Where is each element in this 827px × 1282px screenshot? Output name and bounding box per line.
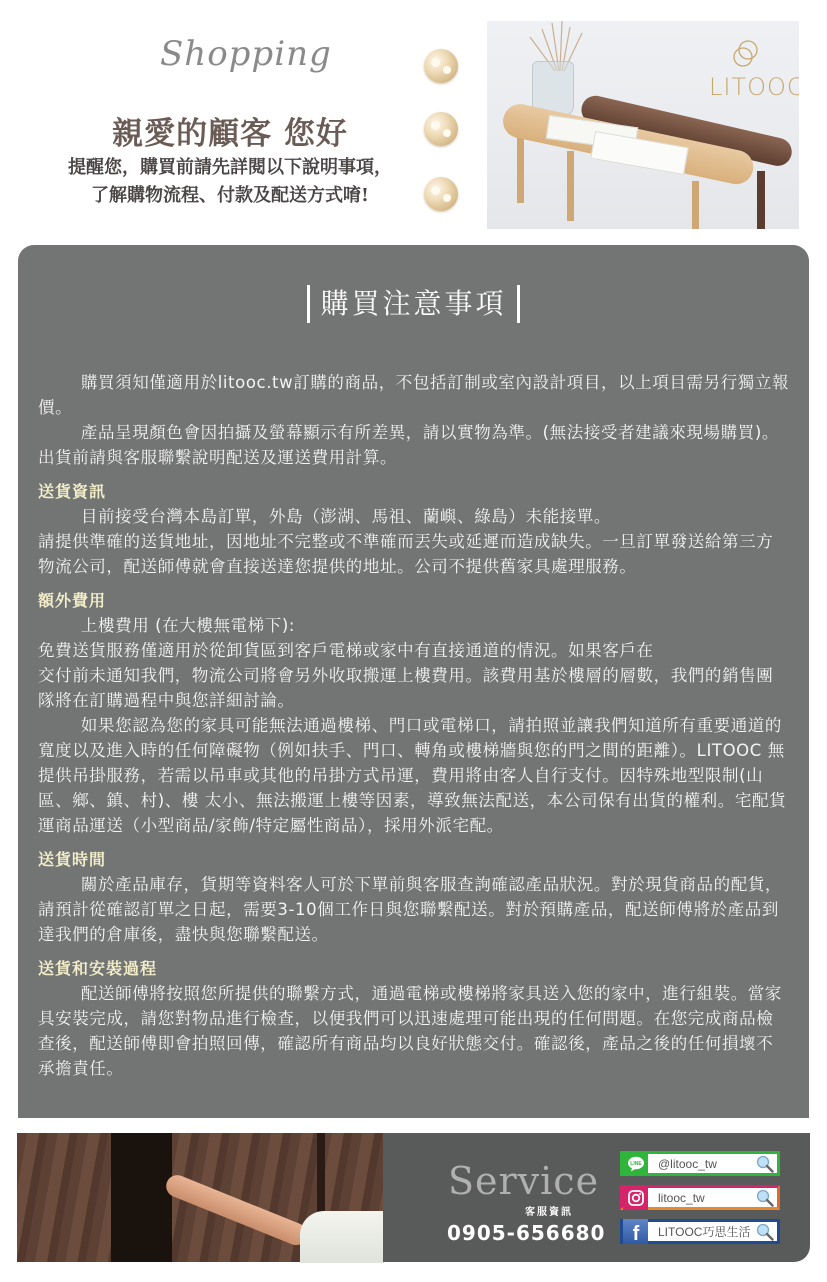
service-phone[interactable]: 0905-656680	[447, 1221, 605, 1245]
hero-bench-photo: LITOOC	[487, 21, 799, 229]
intro-paragraph: 產品呈現顏色會因拍攝及螢幕顯示有所差異，請以實物為準。(無法接受者建議來現場購買…	[38, 420, 790, 470]
line-handle: @litooc_tw	[648, 1157, 753, 1171]
notice-title-wrap: 購買注意事項	[18, 285, 809, 323]
section-heading-delivery-info: 送貨資訊	[38, 480, 790, 504]
service-footer: Service 客服資訊 0905-656680 LINE @litooc_tw	[17, 1133, 810, 1263]
service-panel: Service 客服資訊 0905-656680 LINE @litooc_tw	[383, 1133, 810, 1262]
facebook-search-link[interactable]: f LITOOC巧思生活	[620, 1219, 780, 1244]
section-paragraph: 請提供準確的送貨地址，因地址不完整或不準確而丟失或延遲而造成缺失。一旦訂單發送給…	[38, 529, 790, 579]
notice-title: 購買注意事項	[307, 285, 519, 323]
greeting-heading: 親愛的顧客 您好	[60, 108, 400, 153]
instagram-handle: litooc_tw	[648, 1191, 753, 1205]
facebook-handle: LITOOC巧思生活	[648, 1223, 753, 1240]
bench-leg	[567, 151, 574, 221]
svg-text:LINE: LINE	[630, 1161, 642, 1167]
section-heading-installation: 送貨和安裝過程	[38, 957, 790, 981]
litooc-logo-icon	[731, 39, 761, 69]
instagram-search-link[interactable]: litooc_tw	[620, 1185, 780, 1210]
sleeve	[300, 1211, 384, 1263]
line-icon: LINE	[623, 1151, 648, 1176]
section-heading-extra-fees: 額外費用	[38, 589, 790, 613]
search-icon[interactable]	[753, 1185, 777, 1210]
section-paragraph: 如果您認為您的家具可能無法通過樓梯、門口或電梯口，請拍照並讓我們知道所有重要通道…	[38, 713, 790, 838]
section-paragraph: 交付前未通知我們，物流公司將會另外收取搬運上樓費用。該費用基於樓層的層數，我們的…	[38, 663, 790, 713]
bench-leg	[517, 131, 524, 203]
service-title: Service	[448, 1159, 599, 1203]
reminder-line-2: 了解購物流程、付款及配送方式唷!	[30, 182, 430, 210]
bench-leg	[692, 181, 699, 229]
purchase-notice-panel: 購買注意事項 購買須知僅適用於litooc.tw訂購的商品，不包括訂制或室內設計…	[18, 245, 809, 1118]
section-paragraph: 配送師傅將按照您所提供的聯繫方式，通過電梯或樓梯將家具送入您的家中，進行組裝。當…	[38, 981, 790, 1081]
line-search-link[interactable]: LINE @litooc_tw	[620, 1151, 780, 1176]
bench-leg	[757, 171, 765, 229]
notice-body: 購買須知僅適用於litooc.tw訂購的商品，不包括訂制或室內設計項目，以上項目…	[38, 370, 790, 1081]
search-icon[interactable]	[753, 1151, 777, 1176]
section-paragraph: 上樓費用 (在大樓無電梯下):	[38, 613, 790, 638]
svg-text:f: f	[632, 1223, 639, 1242]
gold-bead-icon	[424, 177, 458, 211]
gold-bead-icon	[424, 49, 458, 83]
gold-bead-icon	[424, 112, 458, 146]
reminder-line-1: 提醒您，購買前請先詳閱以下說明事項，	[30, 154, 430, 182]
page-header: Shopping 親愛的顧客 您好 提醒您，購買前請先詳閱以下說明事項， 了解購…	[0, 0, 827, 240]
shopping-script-title: Shopping	[160, 34, 320, 74]
hand	[163, 1172, 310, 1249]
reminder-text: 提醒您，購買前請先詳閱以下說明事項， 了解購物流程、付款及配送方式唷!	[30, 154, 430, 210]
instagram-icon	[623, 1185, 648, 1210]
facebook-icon: f	[623, 1219, 648, 1244]
section-paragraph: 目前接受台灣本島訂單，外島（澎湖、馬祖、蘭嶼、綠島）未能接單。	[38, 504, 790, 529]
service-subtitle: 客服資訊	[525, 1203, 573, 1218]
search-icon[interactable]	[753, 1219, 777, 1244]
section-heading-delivery-time: 送貨時間	[38, 848, 790, 872]
section-paragraph: 免費送貨服務僅適用於從卸貨區到客戶電梯或家中有直接通道的情況。如果客戶在	[38, 638, 790, 663]
litooc-logo-text: LITOOC	[709, 73, 799, 101]
intro-paragraph: 購買須知僅適用於litooc.tw訂購的商品，不包括訂制或室內設計項目，以上項目…	[38, 370, 790, 420]
section-paragraph: 關於產品庫存，貨期等資料客人可於下單前與客服查詢確認產品狀況。對於現貨商品的配貨…	[38, 872, 790, 947]
cabinet-hand-photo	[17, 1133, 383, 1262]
